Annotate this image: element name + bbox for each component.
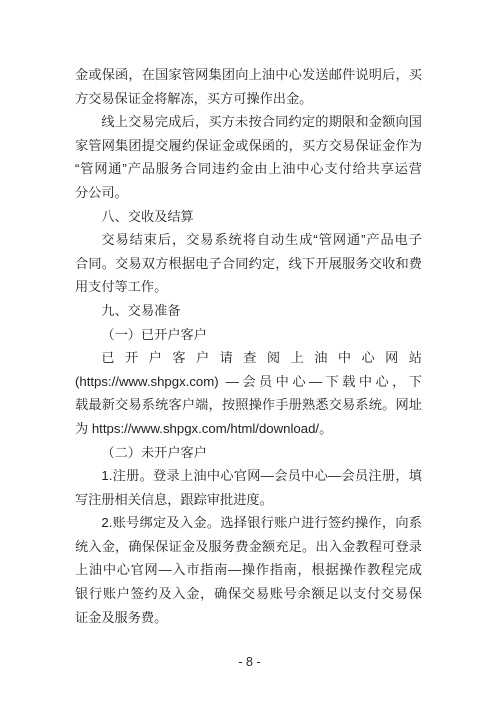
text-line: 方交易保证金将解冻，买方可操作出金。 [75, 87, 422, 111]
text-line-url: (https://www.shpgx.com) —会员中心—下载中心，下 [75, 370, 422, 394]
text-line-url: 为 https://www.shpgx.com/html/download/。 [75, 417, 422, 441]
text-line: 载最新交易系统客户端，按照操作手册熟悉交易系统。网址 [75, 393, 422, 417]
text-line: 家管网集团提交履约保证金或保函的，买方交易保证金作为 [75, 134, 422, 158]
document-page: 金或保函，在国家管网集团向上油中心发送邮件说明后，买 方交易保证金将解冻，买方可… [0, 0, 499, 706]
text-line: “管网通”产品服务合同违约金由上油中心支付给共享运营 [75, 157, 422, 181]
text-line: 线上交易完成后，买方未按合同约定的期限和金额向国 [75, 110, 422, 134]
subheading-unopened-customers: （二）未开户客户 [75, 441, 422, 465]
text-line: 证金及服务费。 [75, 606, 422, 630]
text-line: 1.注册。登录上油中心官网—会员中心—会员注册，填 [75, 464, 422, 488]
text-line: 金或保函，在国家管网集团向上油中心发送邮件说明后，买 [75, 63, 422, 87]
text-line: 用支付等工作。 [75, 275, 422, 299]
text-line: 银行账户签约及入金，确保交易账号余额足以支付交易保 [75, 582, 422, 606]
text-line: 2.账号绑定及入金。选择银行账户进行签约操作，向系 [75, 511, 422, 535]
text-line: 上油中心官网—入市指南—操作指南，根据操作教程完成 [75, 558, 422, 582]
text-line: 写注册相关信息，跟踪审批进度。 [75, 488, 422, 512]
subheading-opened-customers: （一）已开户客户 [75, 323, 422, 347]
text-line: 合同。交易双方根据电子合同约定，线下开展服务交收和费 [75, 252, 422, 276]
document-body: 金或保函，在国家管网集团向上油中心发送邮件说明后，买 方交易保证金将解冻，买方可… [75, 63, 422, 629]
page-number: - 8 - [0, 651, 499, 675]
text-line: 交易结束后，交易系统将自动生成“管网通”产品电子 [75, 228, 422, 252]
text-line: 已开户客户请查阅上油中心网站 [75, 346, 422, 370]
heading-section-8: 八、交收及结算 [75, 205, 422, 229]
text-line: 分公司。 [75, 181, 422, 205]
heading-section-9: 九、交易准备 [75, 299, 422, 323]
text-line: 统入金，确保保证金及服务费金额充足。出入金教程可登录 [75, 535, 422, 559]
